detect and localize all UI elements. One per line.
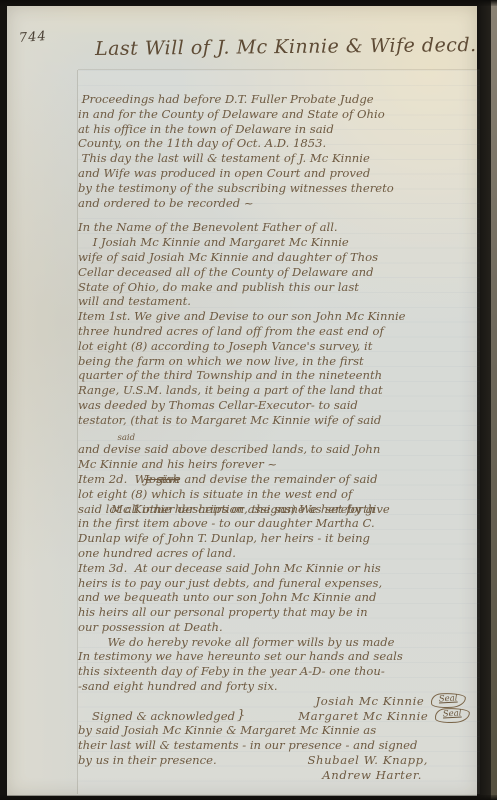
paragraph-gap (78, 210, 480, 220)
witness-signature-knapp: Shubael W. Knapp, (308, 753, 429, 768)
book-gutter-shadow (477, 0, 491, 800)
text-line: heirs is to pay our just debts, and fune… (78, 576, 480, 591)
text-line: one hundred acres of land. (78, 546, 480, 561)
signed-acknowledged-label: Signed & acknowledged (92, 709, 235, 724)
text-line: was deeded by Thomas Cellar-Executor- to… (78, 398, 480, 413)
photo-bottom-edge (0, 795, 497, 800)
will-body-part-a: In the Name of the Benevolent Father of … (78, 220, 480, 427)
text-line: said lot all other description, the same… (78, 502, 480, 517)
text-line: and we bequeath unto our son John Mc Kin… (78, 590, 480, 605)
text-line: In testimony we have hereunto set our ha… (78, 649, 480, 664)
inserted-word: said (117, 434, 135, 442)
seal-mark: Seal (431, 692, 466, 709)
text-line: his heirs all our personal property that… (78, 605, 480, 620)
text-line: by the testimony of the subscribing witn… (78, 181, 480, 196)
photo-top-edge (0, 0, 497, 6)
signature-row-josiah: Josiah Mc Kinnie Seal (78, 694, 480, 709)
text-line: Proceedings had before D.T. Fuller Proba… (78, 92, 480, 107)
text-line: quarter of the third Township and in the… (78, 368, 480, 383)
text-line: Dunlap wife of John T. Dunlap, her heirs… (78, 531, 480, 546)
margaret-signature: Margaret Mc Kinnie (298, 709, 428, 724)
text-line: and ordered to be recorded ~ (78, 196, 480, 211)
text-line: and Wife was produced in open Court and … (78, 166, 480, 181)
document-photo: 744 Last Will of J. Mc Kinnie & Wife dec… (0, 0, 497, 800)
text-line: by said Josiah Mc Kinnie & Margaret Mc K… (78, 723, 480, 738)
josiah-signature: Josiah Mc Kinnie (315, 694, 424, 709)
document-title: Last Will of J. Mc Kinnie & Wife decd. (95, 34, 477, 60)
witness-row-2: Andrew Harter. (78, 768, 480, 783)
photo-right-edge (491, 0, 497, 800)
text-line: their last will & testaments - in our pr… (78, 738, 480, 753)
text-line: This day the last will & testament of J.… (78, 151, 480, 166)
text-line: County, on the 11th day of Oct. A.D. 185… (78, 136, 480, 151)
handwritten-text-block: Proceedings had before D.T. Fuller Proba… (78, 70, 480, 794)
amended-word-wrap: said Josiah (107, 442, 180, 501)
witness-signature-harter: Andrew Harter. (322, 768, 422, 783)
witness-row-1: by us in their presence. Shubael W. Knap… (78, 753, 480, 768)
text-line: being the farm on which we now live, in … (78, 354, 480, 369)
text-line: in and for the County of Delaware and St… (78, 107, 480, 122)
text-line: I Josiah Mc Kinnie and Margaret Mc Kinni… (78, 235, 480, 250)
text-line: in the first item above - to our daughte… (78, 516, 480, 531)
text-line: State of Ohio, do make and publish this … (78, 280, 480, 295)
brace-mark: } (237, 709, 245, 724)
text-line: our possession at Death. (78, 620, 480, 635)
text-line: Cellar deceased all of the County of Del… (78, 265, 480, 280)
attestation-paragraph: by said Josiah Mc Kinnie & Margaret Mc K… (78, 723, 480, 753)
text-line: We do hereby revoke all former wills by … (78, 635, 480, 650)
signature-row-margaret: Signed & acknowledged } Margaret Mc Kinn… (78, 709, 480, 724)
page-number: 744 (19, 29, 48, 46)
struck-word: Josiah (144, 472, 180, 486)
text-line: this sixteenth day of Feby in the year A… (78, 664, 480, 679)
text-line: Item 3d. At our decease said John Mc Kin… (78, 561, 480, 576)
seal-mark: Seal (435, 707, 470, 724)
text-line: lot eight (8) according to Joseph Vance'… (78, 339, 480, 354)
text-line: Range, U.S.M. lands, it being a part of … (78, 383, 480, 398)
text-line: will and testament. (78, 294, 480, 309)
text-line: -sand eight hundred and forty six. (78, 679, 480, 694)
will-page: 744 Last Will of J. Mc Kinnie & Wife dec… (7, 6, 477, 796)
text-line: Item 1st. We give and Devise to our son … (78, 309, 480, 324)
text-line: wife of said Josiah Mc Kinnie and daught… (78, 250, 480, 265)
attestation-closing: by us in their presence. (78, 753, 217, 768)
text-line: at his office in the town of Delaware in… (78, 122, 480, 137)
text-line-amended: said Josiah Mc Kinnie her heirs or assig… (78, 428, 480, 443)
proceedings-paragraph: Proceedings had before D.T. Fuller Proba… (78, 92, 480, 210)
text-line: In the Name of the Benevolent Father of … (78, 220, 480, 235)
text-line: three hundred acres of land off from the… (78, 324, 480, 339)
text-line: testator, (that is to Margaret Mc Kinnie… (78, 413, 480, 428)
